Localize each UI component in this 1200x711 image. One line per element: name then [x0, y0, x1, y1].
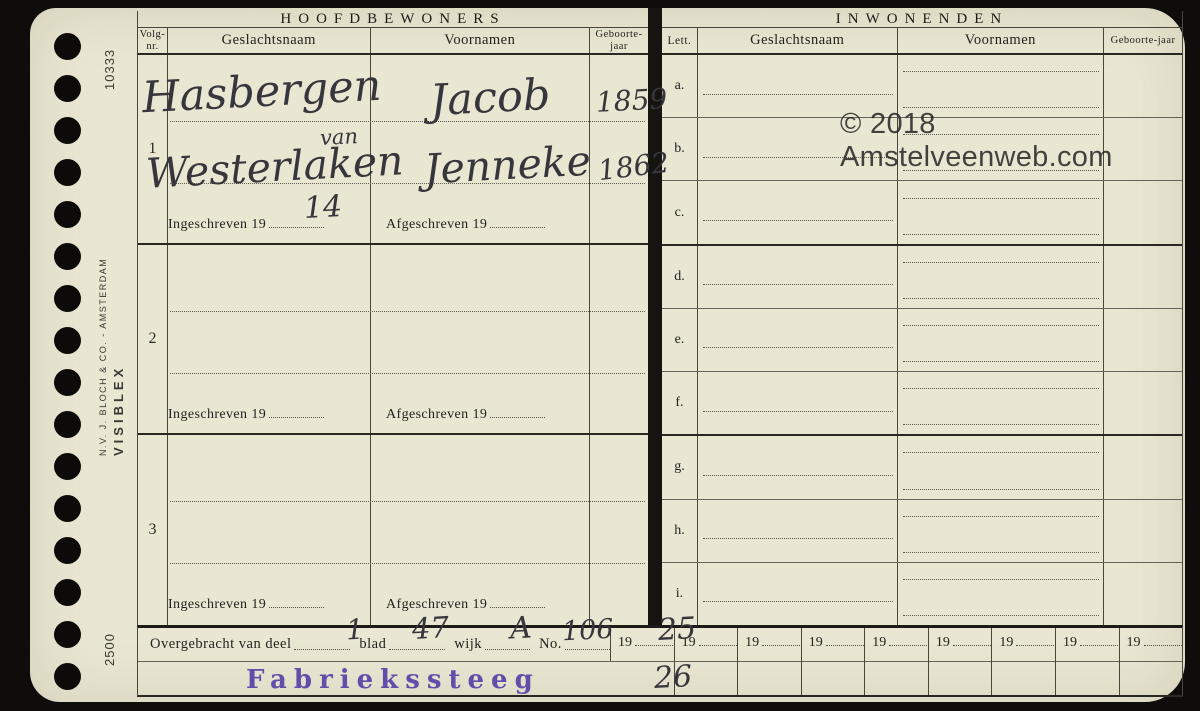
dotted-line [826, 635, 864, 646]
dotted-line [269, 597, 324, 608]
birthyear-cell [590, 245, 648, 433]
letter-label: e. [662, 309, 698, 371]
punch-hole [54, 621, 81, 648]
year-prefix: 19 [745, 635, 759, 651]
letter-label: c. [662, 181, 698, 243]
dotted-line [294, 639, 350, 651]
punch-hole [54, 453, 81, 480]
dotted-writing-line [903, 71, 1100, 72]
letter-label: d. [662, 246, 698, 308]
year-prefix: 19 [999, 635, 1013, 651]
dotted-writing-line [170, 311, 645, 312]
resident-row-2: 2 Ingeschreven 19 Afgeschreven 19 [138, 245, 648, 435]
empty-cell [801, 661, 865, 695]
year-cell: 19 [801, 628, 865, 661]
firstname-cell [898, 563, 1105, 625]
firstname-cell [371, 245, 591, 433]
punch-holes [54, 33, 81, 705]
firstname-cell [898, 309, 1105, 371]
dotted-line [490, 407, 545, 418]
punch-hole [54, 159, 81, 186]
wijk-handwritten: A [509, 613, 532, 644]
birthyear-cell [1104, 309, 1182, 371]
wijk-label: wijk [454, 636, 482, 653]
ingeschreven-label: Ingeschreven 19 [168, 217, 324, 233]
dotted-line [1080, 635, 1118, 646]
letter-label: f. [662, 372, 698, 434]
surname-cell [698, 246, 898, 308]
ingeschreven-year-handwritten: 14 [303, 192, 343, 224]
blad-handwritten: 47 [411, 613, 449, 644]
dotted-writing-line [903, 552, 1100, 553]
resident-row-3: 3 Ingeschreven 19 Afgeschreven 19 [138, 435, 648, 625]
overgebracht-row: Overgebracht van deelbladwijkNo. [138, 628, 611, 661]
dotted-writing-line [903, 516, 1100, 517]
birthyear-cell [1104, 500, 1182, 562]
birthyear2-handwritten: 1862 [597, 149, 671, 185]
dotted-line [889, 635, 927, 646]
footer-empty-cells [611, 661, 1182, 695]
year-prefix: 19 [872, 635, 886, 651]
serial-number-top: 10333 [102, 20, 117, 90]
ingeschreven-text: Ingeschreven 19 [168, 597, 266, 613]
dotted-line [490, 597, 545, 608]
letter-label: b. [662, 118, 698, 180]
firstname-cell [898, 246, 1105, 308]
punch-hole [54, 75, 81, 102]
hoofdbewoners-title: HOOFDBEWONERS [137, 11, 648, 28]
hoofdbewoners-table: 1 Hasbergen van Westerlaken Jacob Jennek… [137, 55, 648, 625]
lodger-row-i: i. [662, 563, 1182, 625]
printer-brand: VISIBLEX [111, 256, 126, 456]
firstname2-handwritten: Jenneke [423, 141, 592, 191]
punch-hole [54, 327, 81, 354]
surname-cell [698, 436, 898, 498]
copyright-watermark: © 2018 Amstelveenweb.com [840, 108, 1185, 174]
birthyear-cell [1104, 563, 1182, 625]
letter-label: h. [662, 500, 698, 562]
dotted-writing-line [903, 198, 1100, 199]
dotted-writing-line [903, 262, 1100, 263]
dotted-line [269, 407, 324, 418]
surname-cell [698, 309, 898, 371]
empty-cell [737, 661, 801, 695]
empty-cell [864, 661, 928, 695]
afgeschreven-text: Afgeschreven 19 [386, 217, 487, 233]
firstname-cell [898, 500, 1105, 562]
street-name-stamp: Fabriekssteeg [246, 665, 540, 695]
punch-hole [54, 285, 81, 312]
letter-label: a. [662, 55, 698, 117]
dotted-line [1144, 635, 1182, 646]
resident-row-1: 1 Hasbergen van Westerlaken Jacob Jennek… [138, 55, 648, 245]
dotted-line [490, 217, 545, 228]
col-header-geboortejaar: Geboorte-jaar [1104, 28, 1182, 53]
empty-cell [1055, 661, 1119, 695]
col-header-voornamen: Voornamen [898, 28, 1105, 53]
punch-hole [54, 663, 81, 690]
empty-cell [1119, 661, 1183, 695]
col-header-geslachtsnaam: Geslachtsnaam [168, 28, 371, 53]
no-handwritten: 106 [561, 616, 614, 646]
year-cell: 19 [864, 628, 928, 661]
surname-cell [698, 372, 898, 434]
empty-cell [928, 661, 992, 695]
inwonenden-header: Lett. Geslachtsnaam Voornamen Geboorte-j… [662, 28, 1183, 55]
afgeschreven-text: Afgeschreven 19 [386, 407, 487, 423]
dotted-writing-line [170, 121, 645, 122]
row-number: 2 [138, 245, 168, 433]
dotted-writing-line [903, 388, 1100, 389]
year-prefix: 19 [1063, 635, 1077, 651]
dotted-writing-line [703, 601, 893, 602]
birthyear-cell [1104, 372, 1182, 434]
birthyear-cell [1104, 246, 1182, 308]
lodger-row-d: d. [662, 246, 1182, 309]
dotted-writing-line [703, 475, 893, 476]
col-header-volgnr: Volg-nr. [138, 28, 168, 53]
dotted-writing-line [170, 501, 645, 502]
birthyear-cell [1104, 436, 1182, 498]
punch-hole [54, 369, 81, 396]
birthyear-cell [1104, 181, 1182, 243]
surname-cell [698, 563, 898, 625]
letter-label: g. [662, 436, 698, 498]
year-prefix: 19 [809, 635, 823, 651]
no-label: No. [539, 636, 562, 653]
year-cell: 19 [1119, 628, 1183, 661]
surname-cell [698, 500, 898, 562]
punch-hole [54, 201, 81, 228]
overgebracht-label: Overgebracht van deel [150, 636, 291, 653]
punch-hole [54, 537, 81, 564]
dotted-writing-line [703, 94, 893, 95]
lodger-row-h: h. [662, 500, 1182, 563]
firstname-cell [898, 181, 1105, 243]
dotted-writing-line [903, 361, 1100, 362]
inwonenden-title: INWONENDEN [662, 11, 1183, 28]
dotted-line [762, 635, 800, 646]
surname-cell [698, 181, 898, 243]
ingeschreven-label: Ingeschreven 19 [168, 407, 324, 423]
dotted-writing-line [703, 411, 893, 412]
year-prefix: 19 [618, 635, 632, 651]
punch-hole [54, 243, 81, 270]
surname-cell [168, 245, 371, 433]
dotted-line [699, 635, 737, 646]
punch-hole [54, 495, 81, 522]
dotted-writing-line [903, 452, 1100, 453]
col-header-voornamen: Voornamen [371, 28, 591, 53]
punch-hole [54, 579, 81, 606]
lodger-row-c: c. [662, 181, 1182, 245]
dotted-writing-line [170, 563, 645, 564]
dotted-line [953, 635, 991, 646]
birthyear-cell [590, 435, 648, 625]
dotted-line [1016, 635, 1054, 646]
dotted-writing-line [903, 325, 1100, 326]
hoofdbewoners-header: Volg-nr. Geslachtsnaam Voornamen Geboort… [137, 28, 648, 55]
punch-hole [54, 117, 81, 144]
row-number: 3 [138, 435, 168, 625]
lodger-row-f: f. [662, 372, 1182, 436]
empty-cell [991, 661, 1055, 695]
ingeschreven-text: Ingeschreven 19 [168, 407, 266, 423]
col-header-geslachtsnaam: Geslachtsnaam [698, 28, 898, 53]
register-card: 10333 N.V. J. BLOCH & CO. - AMSTERDAM VI… [30, 8, 1185, 702]
firstname-cell [898, 372, 1105, 434]
dotted-writing-line [170, 373, 645, 374]
firstname-cell [898, 436, 1105, 498]
photo-background: 10333 N.V. J. BLOCH & CO. - AMSTERDAM VI… [0, 0, 1200, 711]
serial-number-bottom: 2500 [102, 606, 117, 666]
dotted-writing-line [903, 234, 1100, 235]
firstname-handwritten: Jacob [429, 74, 551, 123]
lodger-row-g: g. [662, 436, 1182, 499]
house-number-handwritten: 26 [653, 662, 693, 694]
printer-company: N.V. J. BLOCH & CO. - AMSTERDAM [98, 256, 108, 456]
dotted-writing-line [903, 615, 1100, 616]
punch-hole [54, 33, 81, 60]
dotted-writing-line [703, 347, 893, 348]
dotted-writing-line [903, 489, 1100, 490]
afgeschreven-label: Afgeschreven 19 [386, 407, 545, 423]
dotted-writing-line [703, 538, 893, 539]
printer-imprint: N.V. J. BLOCH & CO. - AMSTERDAM VISIBLEX [98, 256, 126, 456]
surname-handwritten: Hasbergen [141, 65, 382, 120]
ingeschreven-label: Ingeschreven 19 [168, 597, 324, 613]
dotted-writing-line [703, 284, 893, 285]
afgeschreven-label: Afgeschreven 19 [386, 217, 545, 233]
ingeschreven-text: Ingeschreven 19 [168, 217, 266, 233]
birthyear-handwritten: 1859 [595, 85, 668, 117]
dotted-writing-line [703, 220, 893, 221]
year-prefix: 19 [936, 635, 950, 651]
year-value-handwritten: 25 [657, 614, 697, 646]
lodger-row-e: e. [662, 309, 1182, 372]
deel-handwritten: 1 [345, 616, 364, 645]
col-header-geboortejaar: Geboorte-jaar [590, 28, 648, 53]
dotted-writing-line [903, 579, 1100, 580]
footer-strip: Overgebracht van deelbladwijkNo. 19 19 1… [137, 625, 1183, 697]
dotted-writing-line [903, 424, 1100, 425]
year-cell: 19 [1055, 628, 1119, 661]
dotted-writing-line [903, 298, 1100, 299]
year-prefix: 19 [1127, 635, 1141, 651]
col-header-lett: Lett. [662, 28, 698, 53]
punch-hole [54, 411, 81, 438]
year-cell: 19 [737, 628, 801, 661]
year-cell: 19 [991, 628, 1055, 661]
year-cell: 19 [928, 628, 992, 661]
